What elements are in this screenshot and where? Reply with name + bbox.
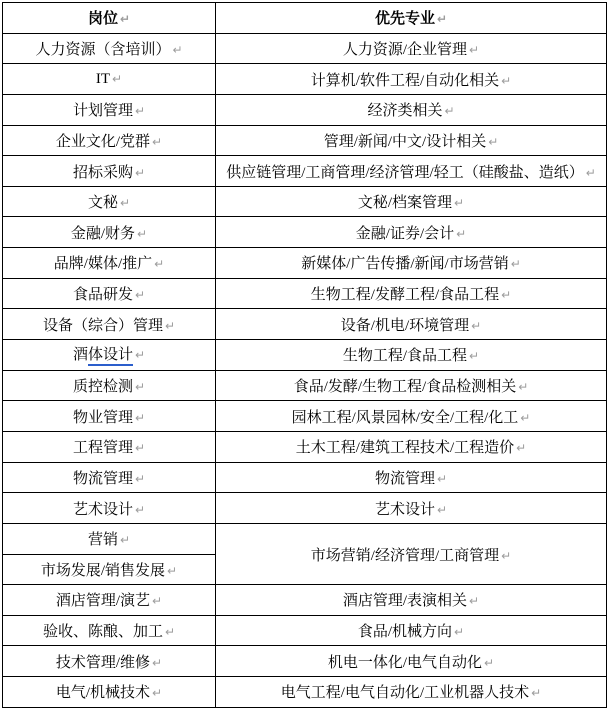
position-cell[interactable]: 食品研发↵ bbox=[3, 278, 216, 309]
table-row: 电气/机械技术↵ 电气工程/电气自动化/工业机器人技术↵ bbox=[3, 677, 607, 708]
major-cell[interactable]: 食品/机械方向↵ bbox=[216, 615, 607, 646]
header-position-label: 岗位 bbox=[88, 11, 118, 27]
cell-end-mark: ↵ bbox=[518, 380, 528, 394]
table-row: 酒店管理/演艺↵ 酒店管理/表演相关↵ bbox=[3, 585, 607, 616]
header-cell-major[interactable]: 优先专业↵ bbox=[216, 3, 607, 34]
table-row: IT↵ 计算机/软件工程/自动化相关↵ bbox=[3, 64, 607, 95]
position-cell[interactable]: 验收、陈酿、加工↵ bbox=[3, 615, 216, 646]
cell-end-mark: ↵ bbox=[586, 166, 596, 180]
cell-end-mark: ↵ bbox=[154, 257, 164, 271]
position-cell[interactable]: 工程管理↵ bbox=[3, 431, 216, 462]
header-row: 岗位↵ 优先专业↵ bbox=[3, 3, 607, 34]
major-cell[interactable]: 生物工程/食品工程↵ bbox=[216, 340, 607, 371]
position-text: 计划管理 bbox=[73, 103, 133, 119]
position-cell[interactable]: 酒店管理/演艺↵ bbox=[3, 585, 216, 616]
table-row: 质控检测↵ 食品/发酵/生物工程/食品检测相关↵ bbox=[3, 370, 607, 401]
major-cell[interactable]: 设备/机电/环境管理↵ bbox=[216, 309, 607, 340]
position-text: 电气/机械技术 bbox=[56, 685, 150, 701]
major-text: 机电一体化/电气自动化 bbox=[328, 655, 482, 671]
major-cell[interactable]: 园林工程/风景园林/安全/工程/化工↵ bbox=[216, 401, 607, 432]
cell-end-mark: ↵ bbox=[152, 135, 162, 149]
cell-end-mark: ↵ bbox=[152, 686, 162, 700]
cell-end-mark: ↵ bbox=[135, 380, 145, 394]
major-cell[interactable]: 金融/证券/会计↵ bbox=[216, 217, 607, 248]
table-row: 金融/财务↵ 金融/证券/会计↵ bbox=[3, 217, 607, 248]
major-text: 设备/机电/环境管理 bbox=[341, 318, 469, 334]
table-row: 设备（综合）管理↵ 设备/机电/环境管理↵ bbox=[3, 309, 607, 340]
table-row: 验收、陈酿、加工↵ 食品/机械方向↵ bbox=[3, 615, 607, 646]
cell-end-mark: ↵ bbox=[167, 564, 177, 578]
major-text: 食品/发酵/生物工程/食品检测相关 bbox=[294, 379, 517, 395]
major-cell-merged[interactable]: 市场营销/经济管理/工商管理↵ bbox=[216, 523, 607, 584]
position-cell[interactable]: 计划管理↵ bbox=[3, 94, 216, 125]
cell-end-mark: ↵ bbox=[120, 12, 130, 26]
position-cell[interactable]: 艺术设计↵ bbox=[3, 493, 216, 524]
major-text: 生物工程/食品工程 bbox=[343, 348, 467, 364]
position-text: 工程管理 bbox=[73, 440, 133, 456]
cell-end-mark: ↵ bbox=[135, 441, 145, 455]
major-cell[interactable]: 物流管理↵ bbox=[216, 462, 607, 493]
major-cell[interactable]: 食品/发酵/生物工程/食品检测相关↵ bbox=[216, 370, 607, 401]
cell-end-mark: ↵ bbox=[152, 594, 162, 608]
position-text: IT bbox=[96, 71, 110, 87]
cell-end-mark: ↵ bbox=[135, 472, 145, 486]
major-cell[interactable]: 土木工程/建筑工程技术/工程造价↵ bbox=[216, 431, 607, 462]
position-text: 物业管理 bbox=[73, 410, 133, 426]
position-text: 质控检测 bbox=[73, 379, 133, 395]
position-text: 艺术设计 bbox=[73, 502, 133, 518]
major-cell[interactable]: 经济类相关↵ bbox=[216, 94, 607, 125]
table-row: 文秘↵ 文秘/档案管理↵ bbox=[3, 186, 607, 217]
position-text: 招标采购 bbox=[73, 165, 133, 181]
cell-end-mark: ↵ bbox=[135, 411, 145, 425]
cell-end-mark: ↵ bbox=[152, 656, 162, 670]
cell-end-mark: ↵ bbox=[135, 166, 145, 180]
grammar-underlined-text: 体设计 bbox=[88, 347, 133, 366]
cell-end-mark: ↵ bbox=[471, 319, 481, 333]
cell-end-mark: ↵ bbox=[120, 533, 130, 547]
position-text: 酒体设计 bbox=[73, 347, 133, 363]
position-text: 食品研发 bbox=[73, 287, 133, 303]
cell-end-mark: ↵ bbox=[516, 441, 526, 455]
cell-end-mark: ↵ bbox=[454, 196, 464, 210]
table-row: 艺术设计↵ 艺术设计↵ bbox=[3, 493, 607, 524]
position-cell[interactable]: 企业文化/党群↵ bbox=[3, 125, 216, 156]
cell-end-mark: ↵ bbox=[137, 227, 147, 241]
position-cell[interactable]: 人力资源（含培训）↵ bbox=[3, 33, 216, 64]
major-text: 供应链管理/工商管理/经济管理/轻工（硅酸盐、造纸） bbox=[226, 165, 584, 181]
major-text: 经济类相关 bbox=[367, 103, 442, 119]
position-text: 物流管理 bbox=[73, 471, 133, 487]
table-row: 物流管理↵ 物流管理↵ bbox=[3, 462, 607, 493]
major-text: 生物工程/发酵工程/食品工程 bbox=[311, 287, 499, 303]
cell-end-mark: ↵ bbox=[520, 411, 530, 425]
header-cell-position[interactable]: 岗位↵ bbox=[3, 3, 216, 34]
major-text: 计算机/软件工程/自动化相关 bbox=[311, 73, 499, 89]
cell-end-mark: ↵ bbox=[456, 227, 466, 241]
major-cell[interactable]: 供应链管理/工商管理/经济管理/轻工（硅酸盐、造纸）↵ bbox=[216, 156, 607, 187]
table-row: 酒体设计↵ 生物工程/食品工程↵ bbox=[3, 340, 607, 371]
major-cell[interactable]: 新媒体/广告传播/新闻/市场营销↵ bbox=[216, 248, 607, 279]
cell-end-mark: ↵ bbox=[501, 74, 511, 88]
document-page: 岗位↵ 优先专业↵ 人力资源（含培训）↵ 人力资源/企业管理↵ IT↵ 计算机/… bbox=[0, 0, 610, 710]
table-row: 计划管理↵ 经济类相关↵ bbox=[3, 94, 607, 125]
position-text: 企业文化/党群 bbox=[56, 134, 150, 150]
major-text: 食品/机械方向 bbox=[358, 624, 452, 640]
position-cell[interactable]: 设备（综合）管理↵ bbox=[3, 309, 216, 340]
major-text: 市场营销/经济管理/工商管理 bbox=[311, 548, 499, 564]
header-major-label: 优先专业 bbox=[375, 11, 435, 27]
cell-end-mark: ↵ bbox=[501, 288, 511, 302]
table-row: 工程管理↵ 土木工程/建筑工程技术/工程造价↵ bbox=[3, 431, 607, 462]
cell-end-mark: ↵ bbox=[112, 72, 122, 86]
major-text: 土木工程/建筑工程技术/工程造价 bbox=[296, 440, 514, 456]
cell-end-mark: ↵ bbox=[484, 656, 494, 670]
cell-end-mark: ↵ bbox=[501, 549, 511, 563]
major-cell[interactable]: 艺术设计↵ bbox=[216, 493, 607, 524]
cell-end-mark: ↵ bbox=[437, 12, 447, 26]
position-cell[interactable]: 技术管理/维修↵ bbox=[3, 646, 216, 677]
cell-end-mark: ↵ bbox=[135, 503, 145, 517]
position-text: 验收、陈酿、加工 bbox=[43, 624, 163, 640]
major-text: 电气工程/电气自动化/工业机器人技术 bbox=[281, 685, 529, 701]
cell-end-mark: ↵ bbox=[172, 43, 182, 57]
position-cell[interactable]: 招标采购↵ bbox=[3, 156, 216, 187]
cell-end-mark: ↵ bbox=[135, 288, 145, 302]
cell-end-mark: ↵ bbox=[120, 196, 130, 210]
table-row: 品牌/媒体/推广↵ 新媒体/广告传播/新闻/市场营销↵ bbox=[3, 248, 607, 279]
position-text: 技术管理/维修 bbox=[56, 655, 150, 671]
major-cell[interactable]: 计算机/软件工程/自动化相关↵ bbox=[216, 64, 607, 95]
position-cell[interactable]: 质控检测↵ bbox=[3, 370, 216, 401]
position-text: 品牌/媒体/推广 bbox=[54, 256, 152, 272]
positions-majors-table: 岗位↵ 优先专业↵ 人力资源（含培训）↵ 人力资源/企业管理↵ IT↵ 计算机/… bbox=[2, 2, 607, 708]
major-text: 物流管理 bbox=[375, 471, 435, 487]
major-text: 新媒体/广告传播/新闻/市场营销 bbox=[301, 256, 509, 272]
cell-end-mark: ↵ bbox=[444, 104, 454, 118]
position-cell[interactable]: IT↵ bbox=[3, 64, 216, 95]
position-text: 文秘 bbox=[88, 195, 118, 211]
cell-end-mark: ↵ bbox=[488, 135, 498, 149]
major-cell[interactable]: 人力资源/企业管理↵ bbox=[216, 33, 607, 64]
major-cell[interactable]: 生物工程/发酵工程/食品工程↵ bbox=[216, 278, 607, 309]
major-cell[interactable]: 机电一体化/电气自动化↵ bbox=[216, 646, 607, 677]
cell-end-mark: ↵ bbox=[165, 319, 175, 333]
position-cell[interactable]: 文秘↵ bbox=[3, 186, 216, 217]
position-cell[interactable]: 品牌/媒体/推广↵ bbox=[3, 248, 216, 279]
major-text: 管理/新闻/中文/设计相关 bbox=[324, 134, 487, 150]
position-text: 营销 bbox=[88, 532, 118, 548]
position-text: 人力资源（含培训） bbox=[35, 42, 170, 58]
cell-end-mark: ↵ bbox=[135, 348, 145, 362]
major-cell[interactable]: 文秘/档案管理↵ bbox=[216, 186, 607, 217]
major-cell[interactable]: 电气工程/电气自动化/工业机器人技术↵ bbox=[216, 677, 607, 708]
cell-end-mark: ↵ bbox=[437, 472, 447, 486]
cell-end-mark: ↵ bbox=[469, 349, 479, 363]
cell-end-mark: ↵ bbox=[469, 43, 479, 57]
major-cell[interactable]: 酒店管理/表演相关↵ bbox=[216, 585, 607, 616]
major-text: 园林工程/风景园林/安全/工程/化工 bbox=[292, 410, 519, 426]
major-text: 人力资源/企业管理 bbox=[343, 42, 467, 58]
position-cell[interactable]: 电气/机械技术↵ bbox=[3, 677, 216, 708]
table-row: 招标采购↵ 供应链管理/工商管理/经济管理/轻工（硅酸盐、造纸）↵ bbox=[3, 156, 607, 187]
position-cell[interactable]: 酒体设计↵ bbox=[3, 340, 216, 371]
position-cell[interactable]: 物业管理↵ bbox=[3, 401, 216, 432]
major-text: 文秘/档案管理 bbox=[358, 195, 452, 211]
position-cell[interactable]: 营销↵ bbox=[3, 523, 216, 554]
table-row: 技术管理/维修↵ 机电一体化/电气自动化↵ bbox=[3, 646, 607, 677]
cell-end-mark: ↵ bbox=[165, 625, 175, 639]
cell-end-mark: ↵ bbox=[437, 503, 447, 517]
position-text: 酒店管理/演艺 bbox=[56, 593, 150, 609]
major-text: 酒店管理/表演相关 bbox=[343, 593, 467, 609]
major-text: 金融/证券/会计 bbox=[356, 226, 454, 242]
cell-end-mark: ↵ bbox=[531, 686, 541, 700]
table-row: 人力资源（含培训）↵ 人力资源/企业管理↵ bbox=[3, 33, 607, 64]
cell-end-mark: ↵ bbox=[511, 257, 521, 271]
position-text: 金融/财务 bbox=[71, 226, 135, 242]
table-row: 食品研发↵ 生物工程/发酵工程/食品工程↵ bbox=[3, 278, 607, 309]
position-cell[interactable]: 市场发展/销售发展↵ bbox=[3, 554, 216, 585]
major-cell[interactable]: 管理/新闻/中文/设计相关↵ bbox=[216, 125, 607, 156]
table-row-merged-top: 营销↵ 市场营销/经济管理/工商管理↵ bbox=[3, 523, 607, 554]
position-text: 市场发展/销售发展 bbox=[41, 563, 165, 579]
position-cell[interactable]: 金融/财务↵ bbox=[3, 217, 216, 248]
position-text-prefix: 酒 bbox=[73, 347, 88, 363]
cell-end-mark: ↵ bbox=[454, 625, 464, 639]
position-cell[interactable]: 物流管理↵ bbox=[3, 462, 216, 493]
cell-end-mark: ↵ bbox=[469, 594, 479, 608]
position-text: 设备（综合）管理 bbox=[43, 318, 163, 334]
major-text: 艺术设计 bbox=[375, 502, 435, 518]
table-row: 企业文化/党群↵ 管理/新闻/中文/设计相关↵ bbox=[3, 125, 607, 156]
table-row: 物业管理↵ 园林工程/风景园林/安全/工程/化工↵ bbox=[3, 401, 607, 432]
cell-end-mark: ↵ bbox=[135, 104, 145, 118]
